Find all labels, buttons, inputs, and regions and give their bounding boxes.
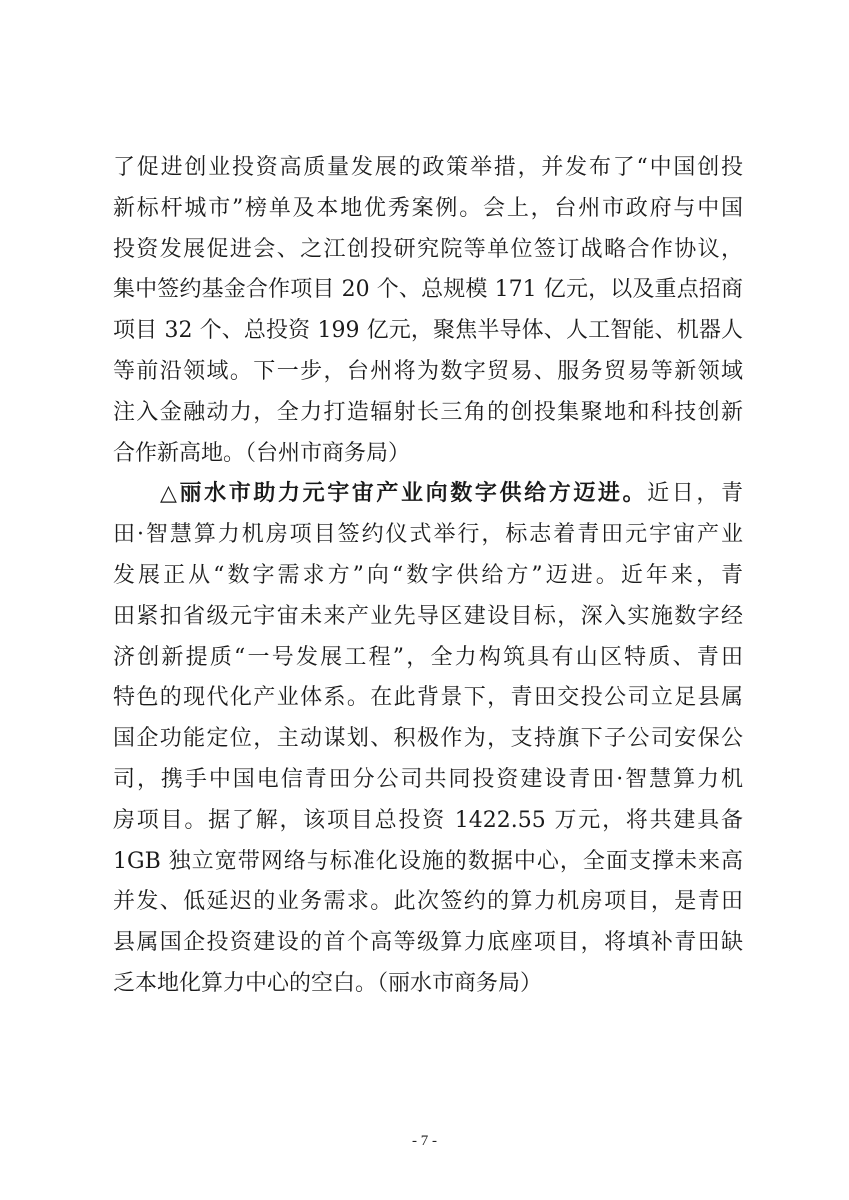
- text-line-with-source: 合作新高地。（台州市商务局）: [113, 434, 743, 475]
- text-line: 房项目。据了解，该项目总投资 1422.55 万元，将共建具备: [113, 801, 743, 842]
- text-line: 新标杆城市”榜单及本地优秀案例。会上，台州市政府与中国: [113, 189, 743, 230]
- paragraph-first-line: △丽水市助力元宇宙产业向数字供给方迈进。近日，青: [113, 474, 743, 515]
- text-line: 1GB 独立宽带网络与标准化设施的数据中心，全面支撑未来高: [113, 842, 743, 883]
- text-line-with-source: 乏本地化算力中心的空白。（丽水市商务局）: [113, 964, 743, 1005]
- paragraph-lishui: △丽水市助力元宇宙产业向数字供给方迈进。近日，青 田·智慧算力机房项目签约仪式举…: [113, 474, 743, 1004]
- text-line: 济创新提质“一号发展工程”，全力构筑具有山区特质、青田: [113, 638, 743, 679]
- text-line: 田紧扣省级元宇宙未来产业先导区建设目标，深入实施数字经: [113, 597, 743, 638]
- paragraph-taizhou: 了促进创业投资高质量发展的政策举措，并发布了“中国创投 新标杆城市”榜单及本地优…: [113, 148, 743, 474]
- text-line: 特色的现代化产业体系。在此背景下，青田交投公司立足县属: [113, 678, 743, 719]
- text-line: 项目 32 个、总投资 199 亿元，聚焦半导体、人工智能、机器人: [113, 311, 743, 352]
- text-line: 县属国企投资建设的首个高等级算力底座项目，将填补青田缺: [113, 923, 743, 964]
- text-line: 田·智慧算力机房项目签约仪式举行，标志着青田元宇宙产业: [113, 515, 743, 556]
- text-line: 国企功能定位，主动谋划、积极作为，支持旗下子公司安保公: [113, 719, 743, 760]
- document-page: 了促进创业投资高质量发展的政策举措，并发布了“中国创投 新标杆城市”榜单及本地优…: [0, 0, 849, 1200]
- text-line: 司，携手中国电信青田分公司共同投资建设青田·智慧算力机: [113, 760, 743, 801]
- text-line: 集中签约基金合作项目 20 个、总规模 171 亿元，以及重点招商: [113, 270, 743, 311]
- document-body: 了促进创业投资高质量发展的政策举措，并发布了“中国创投 新标杆城市”榜单及本地优…: [113, 148, 743, 1005]
- text-line: 投资发展促进会、之江创投研究院等单位签订战略合作协议，: [113, 230, 743, 271]
- text-line: 了促进创业投资高质量发展的政策举措，并发布了“中国创投: [113, 148, 743, 189]
- text-line: 并发、低延迟的业务需求。此次签约的算力机房项目，是青田: [113, 882, 743, 923]
- page-number: - 7 -: [0, 1133, 849, 1150]
- news-headline: △丽水市助力元宇宙产业向数字供给方迈进。: [160, 481, 647, 506]
- text-line: 发展正从“数字需求方”向“数字供给方”迈进。近年来，青: [113, 556, 743, 597]
- text-line: 等前沿领域。下一步，台州将为数字贸易、服务贸易等新领域: [113, 352, 743, 393]
- headline-followup-text: 近日，青: [647, 481, 743, 506]
- text-line: 注入金融动力，全力打造辐射长三角的创投集聚地和科技创新: [113, 393, 743, 434]
